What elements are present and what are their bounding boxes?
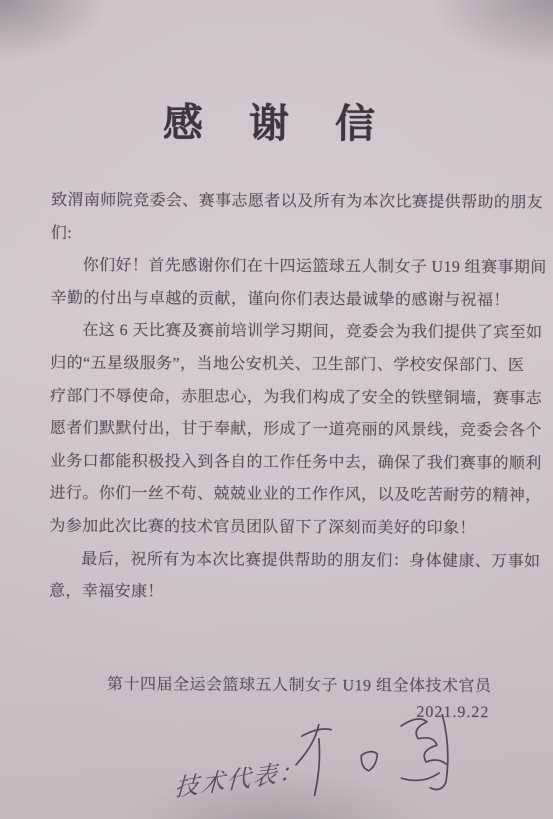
handwritten-signature: 技术代表： — [163, 705, 490, 819]
letter-line: 疗部门不辱使命，赤胆忠心，为我们构成了安全的铁壁铜墙，赛事志 — [50, 380, 512, 415]
letter-line: 辛勤的付出与卓越的贡献，谨向你们表达最诚挚的感谢与祝福！ — [50, 283, 512, 318]
letter-line: 意，幸福安康！ — [49, 576, 511, 611]
letter-line: 最后，祝所有为本次比赛提供帮助的朋友们：身体健康、万事如 — [49, 543, 511, 578]
letter-line: 你们好！首先感谢你们在十四运篮球五人制女子 U19 组赛事期间 — [51, 250, 513, 285]
letter-line: 为参加此次比赛的技术官员团队留下了深刻而美好的印象！ — [49, 511, 511, 546]
letter-title: 感 谢 信 — [1, 91, 553, 151]
letter-line: 们: — [51, 217, 513, 252]
letter-line: 致渭南师院竞委会、赛事志愿者以及所有为本次比赛提供帮助的朋友 — [51, 185, 513, 220]
letter-line: 进行。你们一丝不苟、兢兢业业的工作作风，以及吃苦耐劳的精神， — [49, 478, 511, 513]
letter-content: 感 谢 信 致渭南师院竞委会、赛事志愿者以及所有为本次比赛提供帮助的朋友们:你们… — [0, 0, 553, 819]
handwritten-name-scribble — [284, 706, 481, 816]
letter-line: 归的“五星级服务”，当地公安机关、卫生部门、学校安保部门、医 — [50, 348, 512, 383]
photographed-letter: 感 谢 信 致渭南师院竞委会、赛事志愿者以及所有为本次比赛提供帮助的朋友们:你们… — [0, 0, 553, 819]
signature-organization: 第十四届全运会篮球五人制女子 U19 组全体技术官员 — [107, 671, 492, 696]
letter-line: 愿者们默默付出，甘于奉献，形成了一道亮丽的风景线，竞委会各个 — [50, 413, 512, 448]
letter-body: 致渭南师院竞委会、赛事志愿者以及所有为本次比赛提供帮助的朋友们:你们好！首先感谢… — [49, 185, 513, 611]
letter-line: 在这 6 天比赛及赛前培训学习期间，竞委会为我们提供了宾至如 — [50, 315, 512, 350]
letter-line: 业务口都能积极投入到各自的工作任务中去，确保了我们赛事的顺利 — [50, 446, 512, 481]
handwritten-signature-label: 技术代表： — [174, 751, 305, 804]
